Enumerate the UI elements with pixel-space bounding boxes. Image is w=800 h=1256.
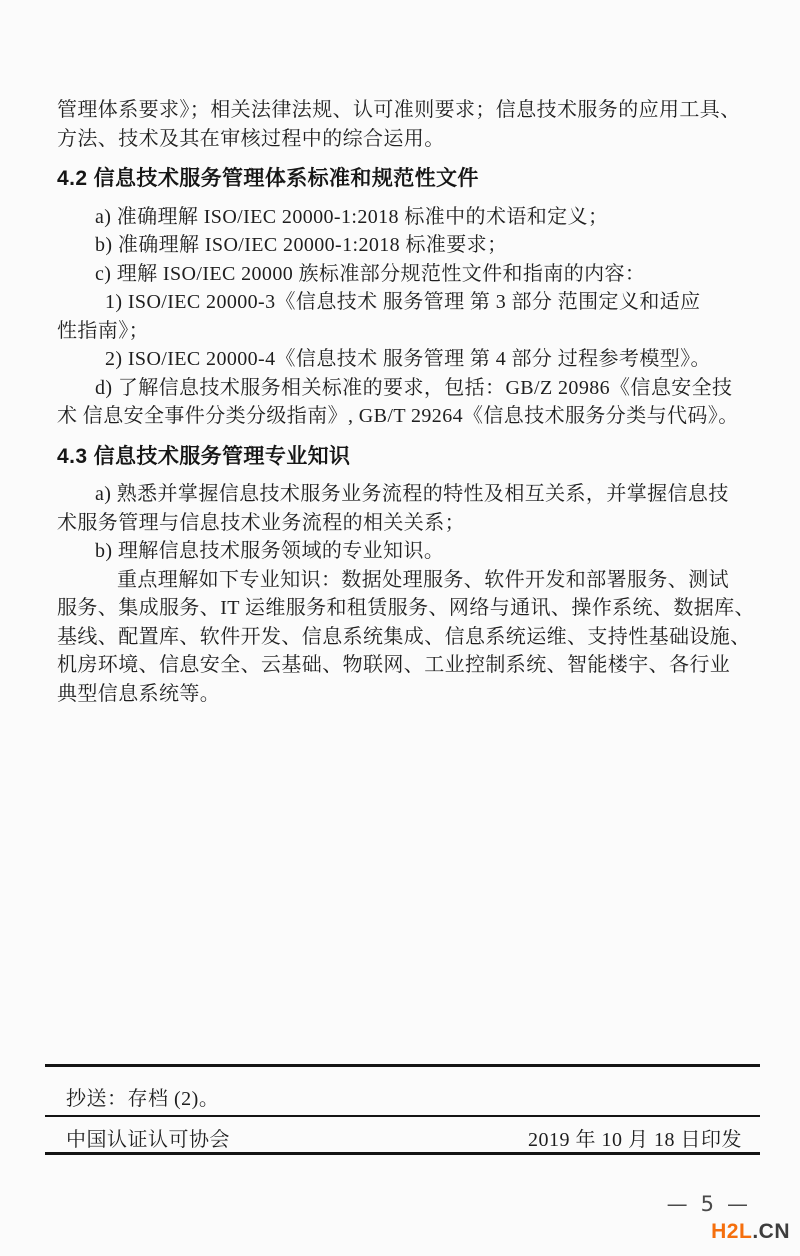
watermark-suffix: .CN — [752, 1220, 790, 1243]
paragraph-line: 重点理解如下专业知识：数据处理服务、软件开发和部署服务、测试 — [57, 566, 747, 595]
list-item-b2: b) 理解信息技术服务领域的专业知识。 — [57, 537, 747, 566]
sublist-item-1-wrap: 性指南》； — [57, 317, 747, 346]
issuer-name: 中国认证认可协会 — [66, 1123, 230, 1152]
page-number: — 5 — — [667, 1192, 748, 1216]
list-item-c: c) 理解 ISO/IEC 20000 族标准部分规范性文件和指南的内容： — [57, 260, 747, 289]
list-item-d-wrap: 术 信息安全事件分类分级指南》, GB/T 29264《信息技术服务分类与代码》… — [57, 402, 747, 431]
page-number-value: 5 — [701, 1192, 714, 1216]
document-page: { "page": { "background_color": "#fbfbfb… — [0, 0, 800, 1256]
section-heading-4-2: 4.2 信息技术服务管理体系标准和规范性文件 — [57, 165, 747, 194]
watermark-brand: H2L — [711, 1220, 752, 1243]
paragraph-line: 机房环境、信息安全、云基础、物联网、工业控制系统、智能楼宇、各行业 — [57, 651, 747, 680]
list-item-b: b) 准确理解 ISO/IEC 20000-1:2018 标准要求； — [57, 231, 747, 260]
page-number-dash-right: — — [727, 1192, 748, 1216]
sublist-item-2: 2) ISO/IEC 20000-4《信息技术 服务管理 第 4 部分 过程参考… — [57, 345, 747, 374]
print-date: 2019 年 10 月 18 日印发 — [528, 1123, 742, 1152]
list-item-d: d) 了解信息技术服务相关标准的要求，包括：GB/Z 20986《信息安全技 — [57, 374, 747, 403]
issuer-row: 中国认证认可协会 2019 年 10 月 18 日印发 — [66, 1123, 742, 1152]
sublist-item-1: 1) ISO/IEC 20000-3《信息技术 服务管理 第 3 部分 范围定义… — [57, 288, 747, 317]
paragraph-line: 管理体系要求》；相关法律法规、认可准则要求；信息技术服务的应用工具、 — [57, 96, 747, 125]
list-item-a: a) 准确理解 ISO/IEC 20000-1:2018 标准中的术语和定义； — [57, 203, 747, 232]
document-body: 管理体系要求》；相关法律法规、认可准则要求；信息技术服务的应用工具、 方法、技术… — [57, 96, 747, 708]
divider-thick-bottom — [45, 1152, 760, 1155]
paragraph-line: 基线、配置库、软件开发、信息系统集成、信息系统运维、支持性基础设施、 — [57, 623, 747, 652]
divider-thin-middle — [45, 1115, 760, 1117]
list-item-a2-wrap: 术服务管理与信息技术业务流程的相关关系； — [57, 509, 747, 538]
paragraph-line: 典型信息系统等。 — [57, 680, 747, 709]
paragraph-line: 方法、技术及其在审核过程中的综合运用。 — [57, 125, 747, 154]
list-item-a2: a) 熟悉并掌握信息技术服务业务流程的特性及相互关系，并掌握信息技 — [57, 480, 747, 509]
watermark: H2L.CN — [711, 1220, 790, 1244]
divider-thick-top — [45, 1064, 760, 1067]
section-heading-4-3: 4.3 信息技术服务管理专业知识 — [57, 443, 747, 472]
paragraph-line: 服务、集成服务、IT 运维服务和租赁服务、网络与通讯、操作系统、数据库、 — [57, 594, 747, 623]
page-number-dash-left: — — [667, 1192, 688, 1216]
cc-line: 抄送：存档 (2)。 — [66, 1082, 219, 1111]
